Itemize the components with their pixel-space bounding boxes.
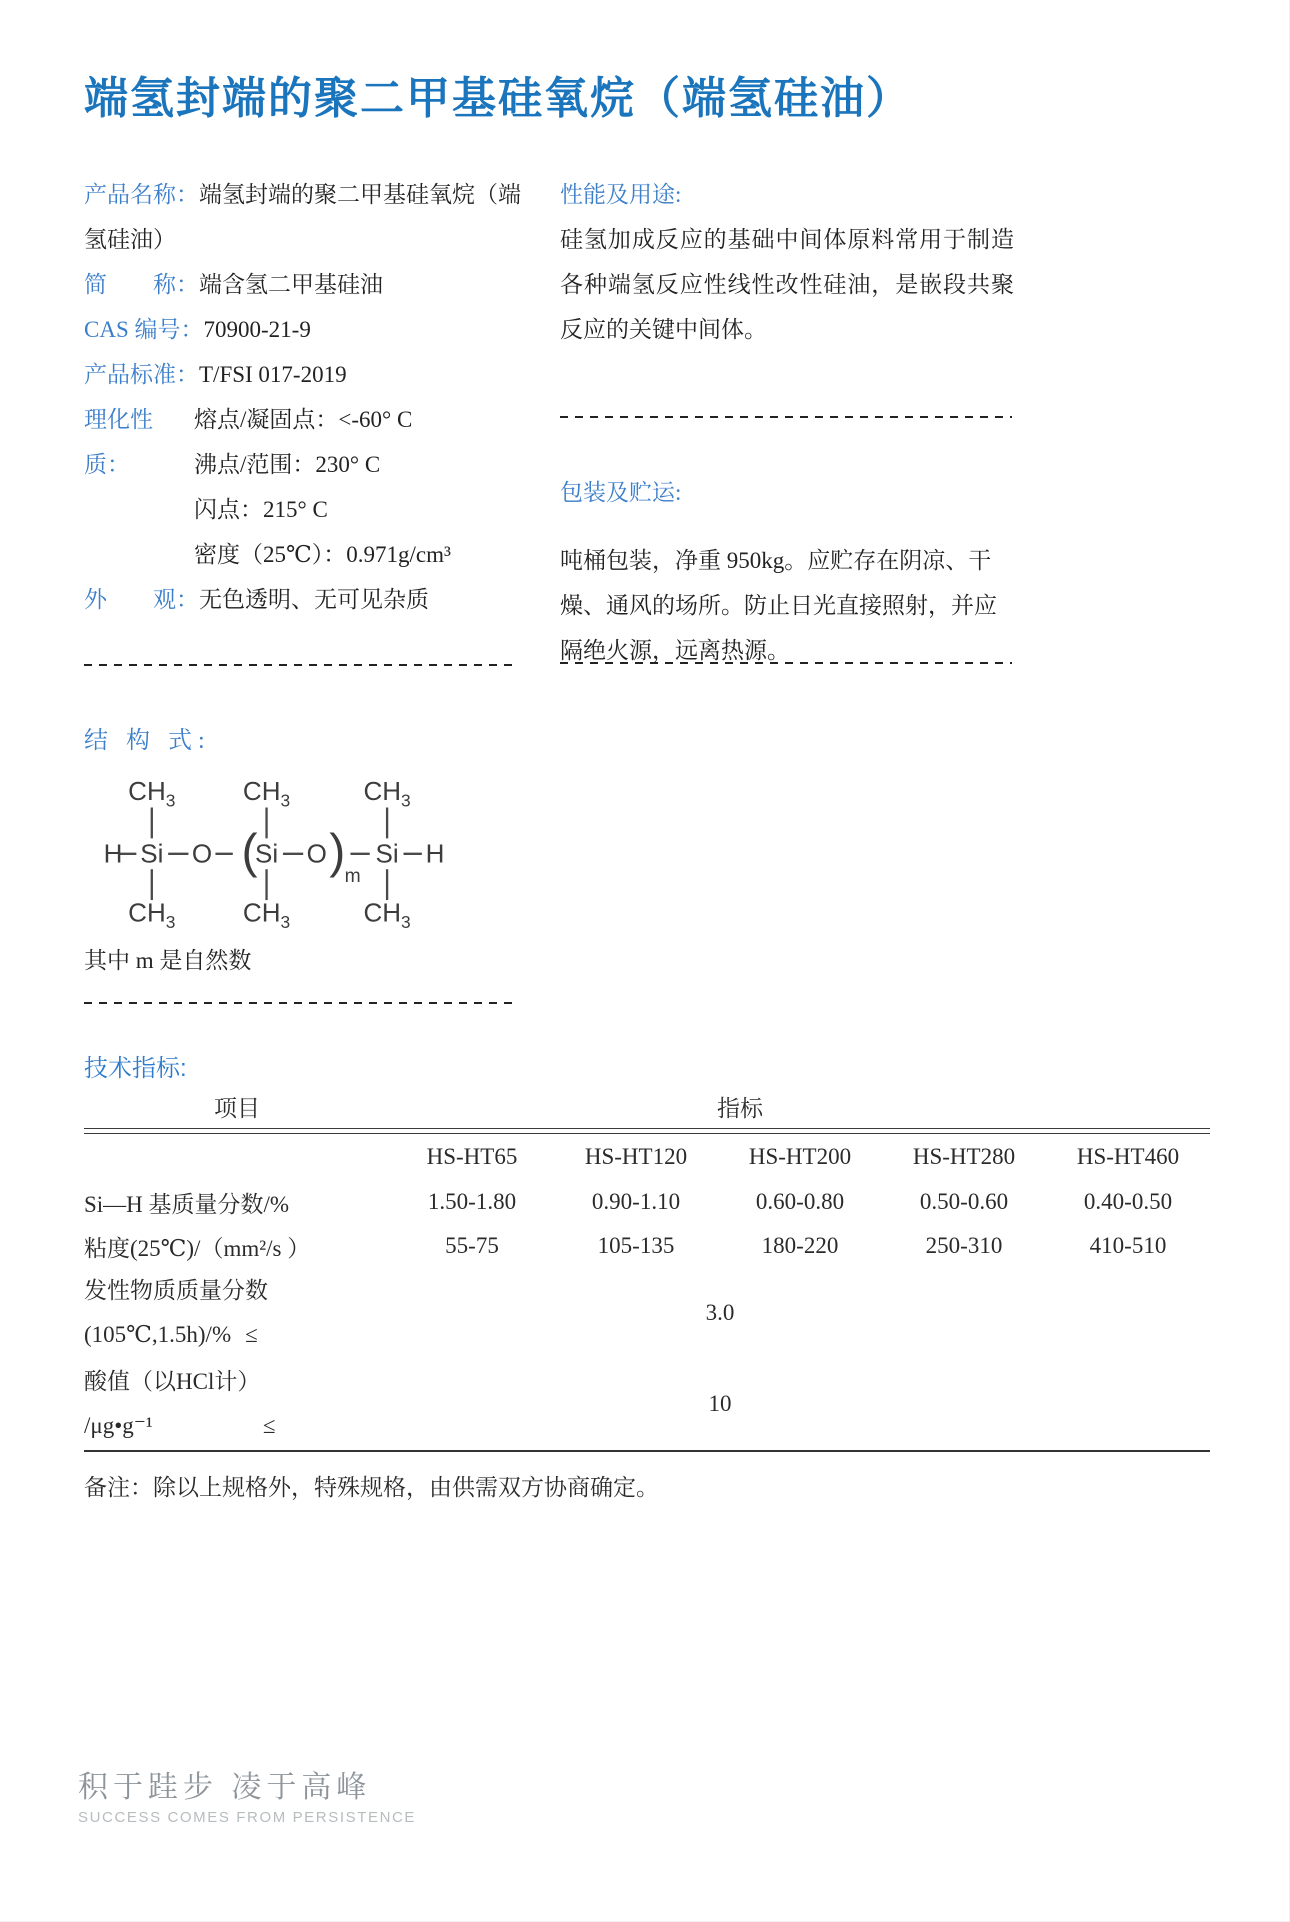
physchem-label: 理化性质：: [84, 397, 194, 577]
ch3-top-3: CH3: [363, 776, 410, 811]
model-name: HS-HT280: [882, 1144, 1046, 1170]
flash-point: 闪点：215° C: [194, 487, 451, 532]
si-atom-3: Si: [376, 838, 399, 868]
boiling-point: 沸点/范围：230° C: [194, 442, 451, 487]
product-name-label: 产品名称：: [84, 182, 199, 207]
standard-label: 产品标准：: [84, 362, 199, 387]
ch3-bottom-2: CH3: [243, 897, 290, 932]
spec-span-value: 3.0: [310, 1268, 1130, 1358]
specs-note: 备注：除以上规格外，特殊规格，由供需双方协商确定。: [84, 1472, 1210, 1504]
h-atom-right: H: [426, 838, 444, 868]
volatile-row: 发性物质质量分数 (105℃,1.5h)/%≤ 3.0: [84, 1268, 1210, 1358]
table-bottom-rule: [84, 1450, 1210, 1452]
sih-content-row: Si—H 基质量分数/% 1.50-1.80 0.90-1.10 0.60-0.…: [84, 1180, 1210, 1224]
model-header-row: HS-HT65 HS-HT120 HS-HT200 HS-HT280 HS-HT…: [84, 1134, 1210, 1180]
ch3-bottom-3: CH3: [363, 897, 410, 932]
spec-value: 0.60-0.80: [718, 1189, 882, 1215]
row-item-label: Si—H 基质量分数/%: [84, 1186, 390, 1219]
spec-value: 105-135: [554, 1233, 718, 1259]
chemical-structure: CH3 CH3 CH3 H Si O ( Si O ) m Si H CH3 C…: [92, 764, 444, 932]
model-name: HS-HT120: [554, 1144, 718, 1170]
cas-field: CAS 编号：70900-21-9: [84, 307, 522, 352]
o-atom-1: O: [192, 838, 212, 868]
divider-dashed: [560, 662, 1012, 664]
packaging-body: 吨桶包装，净重 950kg。应贮存在阴凉、干燥、通风的场所。防止日光直接照射，并…: [560, 538, 1014, 673]
model-name: HS-HT460: [1046, 1144, 1210, 1170]
performance-heading: 性能及用途:: [560, 172, 1014, 217]
spec-value: 0.40-0.50: [1046, 1189, 1210, 1215]
short-name-value: 端含氢二甲基硅油: [199, 272, 383, 297]
divider-dashed: [560, 416, 1012, 418]
viscosity-row: 粘度(25℃)/（mm²/s ） 55-75 105-135 180-220 2…: [84, 1224, 1210, 1268]
ch3-top-1: CH3: [128, 776, 175, 811]
row-item-label: 粘度(25℃)/（mm²/s ）: [84, 1230, 390, 1263]
appearance-value: 无色透明、无可见杂质: [199, 587, 429, 612]
ch3-bottom-1: CH3: [128, 897, 175, 932]
datasheet-page: 端氢封端的聚二甲基硅氧烷（端氢硅油） 产品名称：端氢封端的聚二甲基硅氧烷（端氢硅…: [0, 0, 1290, 1922]
standard-field: 产品标准：T/FSI 017-2019: [84, 352, 522, 397]
footer-slogan-cn: 积于跬步 凌于高峰: [78, 1762, 416, 1806]
h-atom-left: H: [104, 838, 123, 868]
spec-span-value: 10: [310, 1358, 1130, 1450]
structure-note: 其中 m 是自然数: [84, 942, 251, 975]
standard-value: T/FSI 017-2019: [199, 362, 347, 387]
performance-section: 性能及用途: 硅氢加成反应的基础中间体原料常用于制造各种端氢反应性线性改性硅油，…: [560, 172, 1014, 352]
paren-close: ): [329, 824, 345, 878]
short-name-label: 简 称：: [84, 272, 199, 297]
physchem-field: 理化性质： 熔点/凝固点：<-60° C 沸点/范围：230° C 闪点：215…: [84, 397, 522, 577]
model-name: HS-HT200: [718, 1144, 882, 1170]
product-name-field: 产品名称：端氢封端的聚二甲基硅氧烷（端氢硅油）: [84, 172, 522, 262]
specs-table: 项目 指标 HS-HT65 HS-HT120 HS-HT200 HS-HT280…: [84, 1090, 1210, 1504]
performance-body: 硅氢加成反应的基础中间体原料常用于制造各种端氢反应性线性改性硅油，是嵌段共聚反应…: [560, 217, 1014, 352]
divider-dashed: [84, 664, 518, 666]
leq-sign: ≤: [245, 1322, 258, 1347]
si-atom-1: Si: [140, 838, 163, 868]
si-atom-2: Si: [255, 838, 278, 868]
divider-dashed: [84, 1002, 514, 1004]
cas-value: 70900-21-9: [204, 317, 311, 342]
cas-label: CAS 编号：: [84, 317, 204, 342]
packaging-heading: 包装及贮运:: [560, 480, 681, 505]
model-name: HS-HT65: [390, 1144, 554, 1170]
short-name-field: 简 称：端含氢二甲基硅油: [84, 262, 522, 307]
spec-value: 0.90-1.10: [554, 1189, 718, 1215]
appearance-label: 外 观：: [84, 587, 199, 612]
structure-heading: 结 构 式:: [84, 720, 211, 755]
acid-value-row: 酸值（以HCl计） /μg•g⁻¹≤ 10: [84, 1358, 1210, 1450]
product-info-section: 产品名称：端氢封端的聚二甲基硅氧烷（端氢硅油） 简 称：端含氢二甲基硅油 CAS…: [84, 172, 522, 622]
leq-sign: ≤: [263, 1413, 276, 1438]
footer-slogan-en: SUCCESS COMES FROM PERSISTENCE: [78, 1809, 416, 1826]
spec-value: 55-75: [390, 1233, 554, 1259]
spec-value: 180-220: [718, 1233, 882, 1259]
spec-value: 410-510: [1046, 1233, 1210, 1259]
density: 密度（25℃）：0.971g/cm³: [194, 532, 451, 577]
footer: 积于跬步 凌于高峰 SUCCESS COMES FROM PERSISTENCE: [78, 1762, 416, 1826]
index-column-header: 指标: [330, 1090, 1150, 1128]
melting-point: 熔点/凝固点：<-60° C: [194, 397, 451, 442]
appearance-field: 外 观：无色透明、无可见杂质: [84, 577, 522, 622]
spec-value: 1.50-1.80: [390, 1189, 554, 1215]
subscript-m: m: [345, 866, 361, 887]
ch3-top-2: CH3: [243, 776, 290, 811]
page-title: 端氢封端的聚二甲基硅氧烷（端氢硅油）: [84, 62, 912, 126]
specs-heading: 技术指标:: [84, 1048, 187, 1083]
physchem-values: 熔点/凝固点：<-60° C 沸点/范围：230° C 闪点：215° C 密度…: [194, 397, 451, 577]
o-atom-2: O: [307, 838, 327, 868]
spec-value: 0.50-0.60: [882, 1189, 1046, 1215]
spec-value: 250-310: [882, 1233, 1046, 1259]
specs-table-header: 项目 指标: [84, 1090, 1210, 1128]
